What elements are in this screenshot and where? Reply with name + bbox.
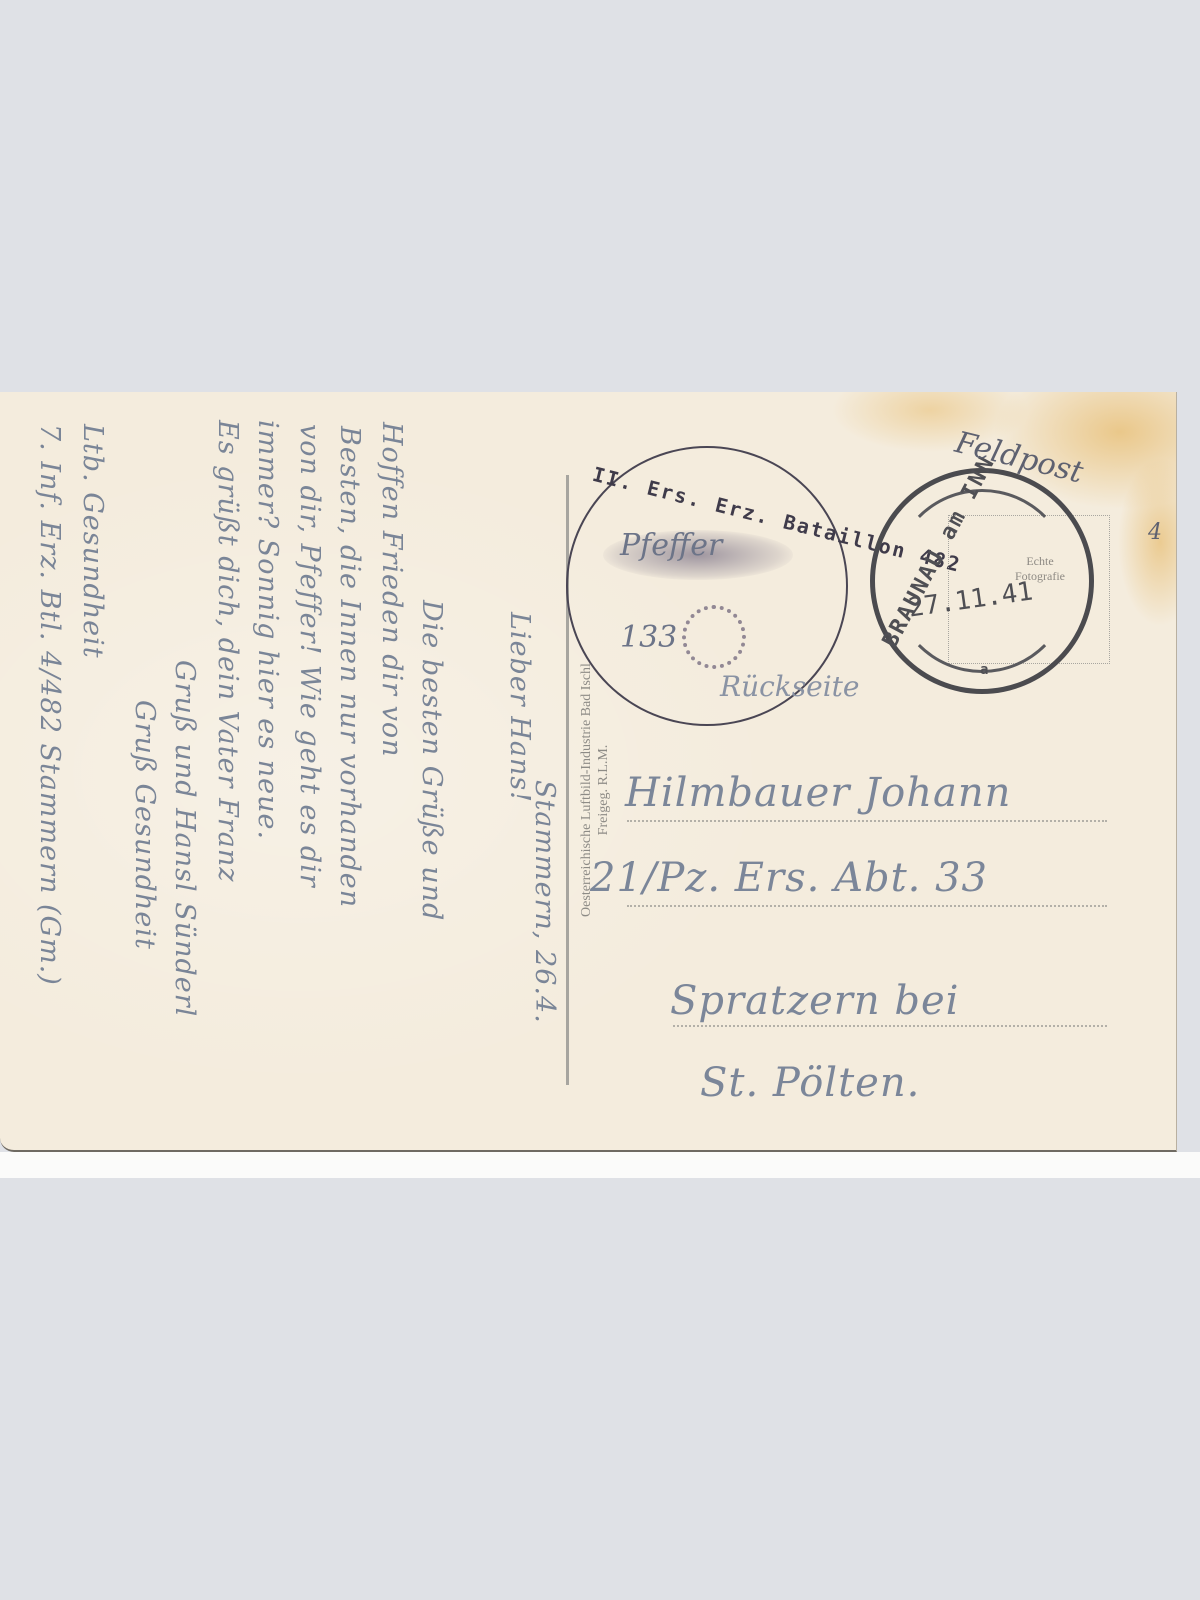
address-line: [627, 905, 1107, 907]
message-line: von dir, Pfeffer! Wie geht es dir: [294, 424, 325, 888]
message-greeting: Lieber Hans!: [504, 612, 535, 803]
address-unit: 21/Pz. Ers. Abt. 33: [590, 855, 988, 901]
unit-stamp-handwritten: Pfeffer 133: [620, 500, 730, 684]
sender-line: Ltb. Gesundheit: [77, 424, 108, 659]
message-line: immer? Sonnig hier es neue.: [252, 420, 283, 840]
address-recipient: Hilmbauer Johann: [625, 770, 1011, 816]
note-after-stamp: Rückseite: [720, 670, 859, 703]
postmark: [870, 468, 1094, 694]
address-place: Spratzern bei: [670, 978, 959, 1024]
message-line: Es grüßt dich, dein Vater Franz: [212, 420, 243, 882]
message-line: Die besten Grüße und: [416, 600, 447, 921]
sender-line: 7. Inf. Erz. Btl. 4/482 Stammern (Gm.): [34, 424, 65, 986]
address-line: [673, 1025, 1107, 1027]
message-line: Besten, die Innen nur vorhanden: [334, 426, 365, 908]
message-place-date: Stammern, 26.4.: [529, 780, 560, 1024]
postmark-suffix: a: [980, 662, 988, 678]
message-line: Gruß Gesundheit: [129, 700, 160, 950]
message-line: Gruß und Hansl Sünderl: [169, 660, 200, 1017]
message-line: Hoffen Frieden dir von: [376, 422, 407, 758]
address-city: St. Pölten.: [700, 1060, 920, 1106]
scan-margin: [0, 1152, 1200, 1178]
corner-mark: 4: [1148, 520, 1162, 545]
address-line: [627, 820, 1107, 822]
